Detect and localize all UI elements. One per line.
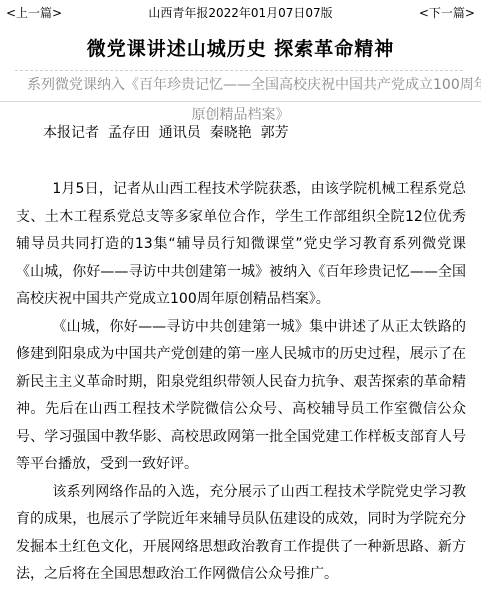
article-paragraph: 该系列网络作品的入选，充分展示了山西工程技术学院党史学习教育的成果，也展示了学院… <box>16 479 466 589</box>
next-article-link[interactable]: <下一篇> <box>419 4 475 22</box>
article-subtitle-line-1: 系列微党课纳入《百年珍贵记忆——全国高校庆祝中国共产党成立100周年 <box>27 74 481 96</box>
subtitle-divider <box>0 101 481 102</box>
top-navigation: <上一篇> 山西青年报2022年01月07日07版 <下一篇> <box>0 4 481 22</box>
article-title: 微党课讲述山城历史 探索革命精神 <box>0 36 481 62</box>
article-byline: 本报记者 孟存田 通讯员 秦晓艳 郭芳 <box>43 122 289 144</box>
title-divider-dashed <box>15 70 463 71</box>
article-body: 1月5日，记者从山西工程技术学院获悉，由该学院机械工程系党总支、土木工程系党总支… <box>16 176 466 589</box>
article-paragraph: 1月5日，记者从山西工程技术学院获悉，由该学院机械工程系党总支、土木工程系党总支… <box>16 176 466 314</box>
article-paragraph: 《山城，你好——寻访中共创建第一城》集中讲述了从正太铁路的修建到阳泉成为中国共产… <box>16 314 466 479</box>
issue-info: 山西青年报2022年01月07日07版 <box>0 4 481 22</box>
